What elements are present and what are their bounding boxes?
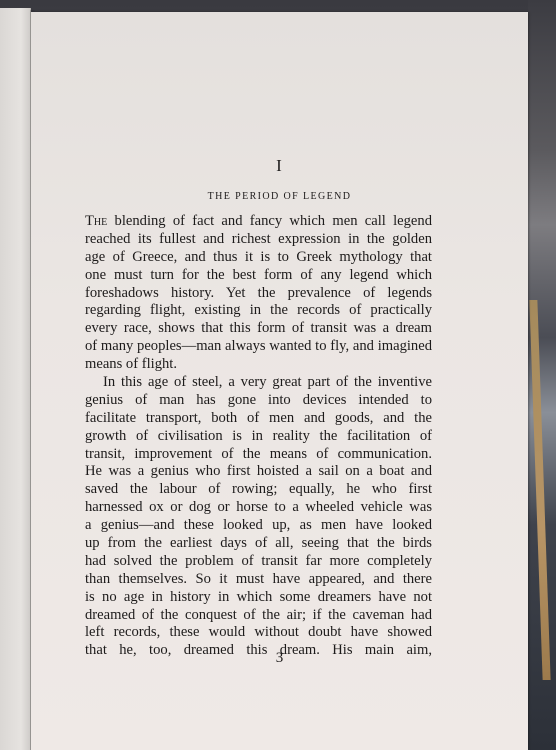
text-line: a genius—and these looked up, as men hav… [85, 517, 432, 535]
text-line: harnessed ox or dog or horse to a wheele… [85, 499, 432, 517]
text-line: regarding flight, existing in the record… [85, 302, 432, 320]
text-line: than themselves. So it must have appeare… [85, 571, 432, 589]
paragraph-start-line: In this age of steel, a very great part … [85, 374, 432, 392]
text-line: one must turn for the best form of any l… [85, 267, 432, 285]
text-line: He was a genius who first hoisted a sail… [85, 463, 432, 481]
text-line: The blending of fact and fancy which men… [85, 213, 432, 231]
text-line: reached its fullest and richest expressi… [85, 231, 432, 249]
text-line: every race, shows that this form of tran… [85, 320, 432, 338]
drop-word: The [85, 213, 107, 229]
text-line: foreshadows history. Yet the prevalence … [85, 285, 432, 303]
text-line: of many peoples—man always wanted to fly… [85, 338, 432, 356]
page-number: 3 [31, 650, 528, 667]
text-line: transit, improvement of the means of com… [85, 446, 432, 464]
text-line: left records, these would without doubt … [85, 624, 432, 642]
text-line: had solved the problem of transit far mo… [85, 553, 432, 571]
show-through-text [119, 72, 429, 91]
text-line: growth of civilisation is in reality the… [85, 428, 432, 446]
chapter-title: THE PERIOD OF LEGEND [31, 191, 528, 202]
text-line: means of flight. [85, 356, 432, 374]
text-line: dreamed of the conquest of the air; if t… [85, 607, 432, 625]
text-line: age of Greece, and thus it is to Greek m… [85, 249, 432, 267]
text-line: saved the labour of rowing; equally, he … [85, 481, 432, 499]
text-line: genius of man has gone into devices inte… [85, 392, 432, 410]
text-line: is no age in history in which some dream… [85, 589, 432, 607]
book-page: I THE PERIOD OF LEGEND The blending of f… [31, 12, 528, 750]
text-line-content: blending of fact and fancy which men cal… [107, 213, 432, 229]
text-line: facilitate transport, both of men and go… [85, 410, 432, 428]
chapter-number: I [31, 156, 528, 176]
facing-page-edge [0, 8, 31, 750]
text-line: up from the earliest days of all, seeing… [85, 535, 432, 553]
body-text: The blending of fact and fancy which men… [85, 213, 432, 660]
